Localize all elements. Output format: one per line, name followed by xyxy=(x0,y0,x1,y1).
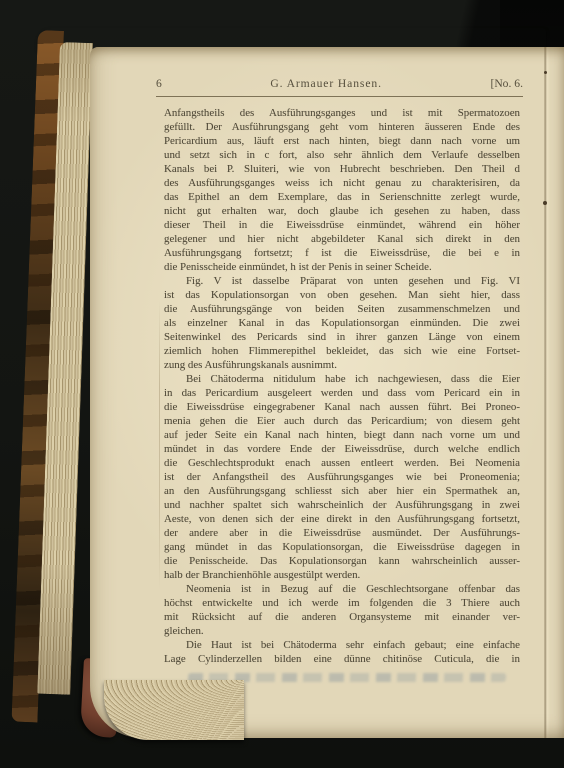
page-number: 6 xyxy=(156,77,162,91)
text-line: als einzelner Kanal in das Kopulationsor… xyxy=(164,316,520,330)
text-line: zung des Ausführungskanals ausnimmt. xyxy=(164,358,520,372)
text-line: und nachher spaltet sich wahrscheinlich … xyxy=(164,498,520,512)
text-line: in das Pericardium ausgeleert werden und… xyxy=(164,386,520,400)
text-line: die Eiweissdrüse eingegrabener Kanal nac… xyxy=(164,400,520,414)
text-line: mit Rücksicht auf die anderen Organsyste… xyxy=(164,610,520,624)
text-line: die Ausführungsgänge von beiden Seiten z… xyxy=(164,302,520,316)
text-line: Die Haut ist bei Chätoderma sehr einfach… xyxy=(164,638,520,652)
text-line: gang mündet in das Kopulationsorgan, die… xyxy=(164,540,520,554)
text-line: des Ausführungsganges weiss ich nicht ge… xyxy=(164,176,520,190)
text-line: ist der Anfangstheil des Ausführungsgang… xyxy=(164,470,520,484)
text-line: an den Ausführungsgang schliesst sich ab… xyxy=(164,484,520,498)
header-rule xyxy=(156,96,523,97)
text-line: Fig. V ist dasselbe Präparat von unten g… xyxy=(164,274,520,288)
text-line: ist das Kopulationsorgan von oben gesehe… xyxy=(164,288,520,302)
text-line: Pericardium aus, läuft erst nach hinten,… xyxy=(164,134,520,148)
text-line: die Penisscheide. Das Kopulationsorgan k… xyxy=(164,554,520,568)
page-body: Anfangstheils des Ausführungsganges und … xyxy=(164,106,520,672)
running-title: G. Armauer Hansen. xyxy=(270,77,382,91)
text-line: der andere aber in die Eiweissdrüse ausm… xyxy=(164,526,520,540)
text-line: Neomenia ist in Bezug auf die Geschlecht… xyxy=(164,582,520,596)
text-line: gefüllt. Der Ausführungsgang geht vom hi… xyxy=(164,120,520,134)
text-line: nicht gut erhalten war, doch glaube ich … xyxy=(164,204,520,218)
text-line: gleichen. xyxy=(164,624,520,638)
text-line: halb der Branchienhöhle ausgestülpt werd… xyxy=(164,568,520,582)
text-line: Bei Chätoderma nitidulum habe ich nachge… xyxy=(164,372,520,386)
text-line: Ausführungsgang fortsetzt; f ist die Eiw… xyxy=(164,246,520,260)
text-line: die Penisscheide einmündet, h ist der Pe… xyxy=(164,260,520,274)
text-line: ziemlich hohen Flimmerepithel bekleidet,… xyxy=(164,344,520,358)
text-line: gelegener und hier nicht abgebildeter Ka… xyxy=(164,232,520,246)
text-line: das Epithel an dem Exemplare, das in Ser… xyxy=(164,190,520,204)
page-content: 6 G. Armauer Hansen. [No. 6. Anfangsthei… xyxy=(0,0,564,768)
text-line: mündet in das vordere Ende der Eiweissdr… xyxy=(164,442,520,456)
text-line: menia gehen die Eier auch durch das Peri… xyxy=(164,414,520,428)
issue-label: [No. 6. xyxy=(490,77,523,91)
text-line: Kanals bei P. Sluiteri, wie von Hubrecht… xyxy=(164,162,520,176)
scanned-book-photo: 6 G. Armauer Hansen. [No. 6. Anfangsthei… xyxy=(0,0,564,768)
text-line: Aeste, von denen sich der eine direkt in… xyxy=(164,512,520,526)
text-line: und setzt sich in c fort, also sehr ähnl… xyxy=(164,148,520,162)
text-line: höchst entwickelte und ich werde im folg… xyxy=(164,596,520,610)
text-line: dieser Theil in die Eiweissdrüse einmünd… xyxy=(164,218,520,232)
text-line: Anfangstheils des Ausführungsganges und … xyxy=(164,106,520,120)
text-line: Lage Cylinderzellen bilden eine dünne ch… xyxy=(164,652,520,666)
text-line: Seitenwinkel des Pericards sind in ihrer… xyxy=(164,330,520,344)
text-line: die Geschlechtsprodukt enach aussen entl… xyxy=(164,456,520,470)
running-header: 6 G. Armauer Hansen. [No. 6. xyxy=(156,77,523,91)
text-line: auf jeder Seite ein Kanal nach hinten, b… xyxy=(164,428,520,442)
